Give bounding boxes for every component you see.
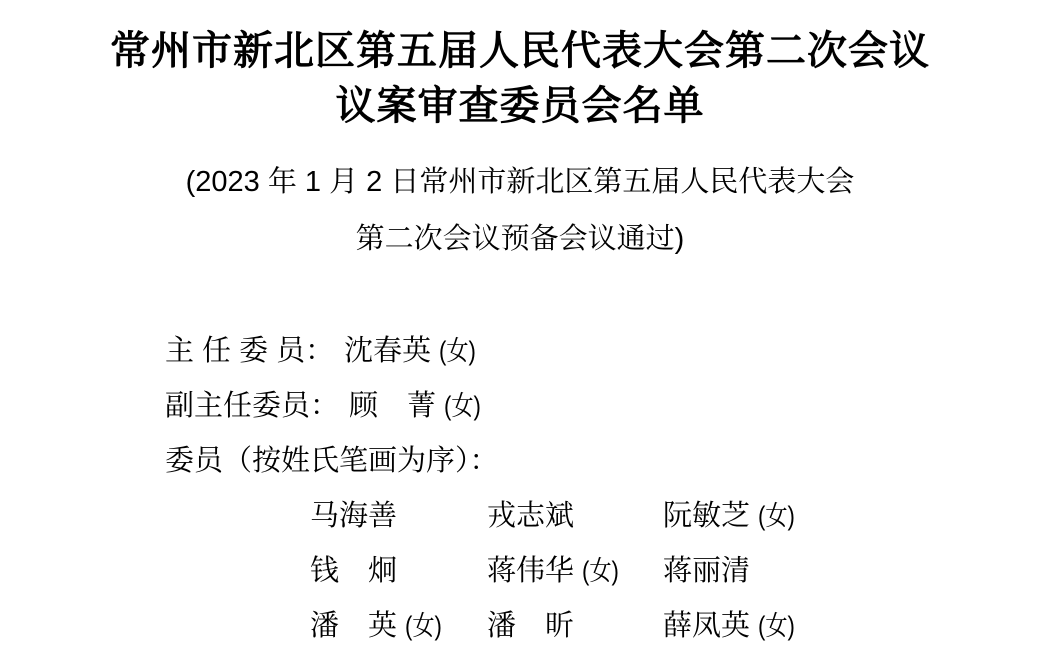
member-cell: 蒋伟华(女) <box>487 544 663 599</box>
member-name: 戎志斌 <box>487 489 574 544</box>
member-cell: 戎志斌 <box>487 489 663 544</box>
page-subtitle-line1: (2023 年 1 月 2 日常州市新北区第五届人民代表大会 <box>0 154 1040 211</box>
chairman-name: 沈春英 <box>344 324 431 379</box>
member-name: 潘 昕 <box>487 599 574 654</box>
member-name: 潘 英 <box>310 599 397 654</box>
chairman-gender-marker: (女) <box>439 324 476 379</box>
member-cell: 钱 炯 <box>310 544 487 599</box>
member-cell: 潘 英(女) <box>310 599 487 654</box>
member-name: 蒋丽清 <box>663 544 750 599</box>
member-gender-marker: (女) <box>758 489 795 544</box>
member-cell: 阮敏芝(女) <box>663 489 1040 544</box>
vice-chairman-row: 副主任委员：顾 菁(女) <box>165 379 1040 434</box>
member-name: 马海善 <box>310 489 397 544</box>
member-cell: 薛凤英(女) <box>663 599 1040 654</box>
vice-chairman-role-label: 副主任委员： <box>165 379 339 434</box>
member-name: 钱 炯 <box>310 544 397 599</box>
member-cell: 马海善 <box>310 489 487 544</box>
page-title-line1: 常州市新北区第五届人民代表大会第二次会议 <box>0 24 1040 79</box>
member-cell: 蒋丽清 <box>663 544 1040 599</box>
page-title-line2: 议案审查委员会名单 <box>0 79 1040 134</box>
member-gender-marker: (女) <box>582 544 619 599</box>
chairman-row: 主 任 委 员：沈春英(女) <box>165 324 1040 379</box>
page-subtitle: (2023 年 1 月 2 日常州市新北区第五届人民代表大会 第二次会议预备会议… <box>0 154 1040 268</box>
member-grid: 马海善 戎志斌 阮敏芝(女) 钱 炯 蒋伟华(女) 蒋丽清 潘 英(女) 潘 昕… <box>310 489 1040 654</box>
vice-chairman-name: 顾 菁 <box>349 379 436 434</box>
committee-list: 主 任 委 员：沈春英(女) 副主任委员：顾 菁(女) 委员（按姓氏笔画为序）：… <box>165 324 1040 654</box>
page-title: 常州市新北区第五届人民代表大会第二次会议 议案审查委员会名单 <box>0 0 1040 134</box>
vice-chairman-gender-marker: (女) <box>444 379 481 434</box>
members-heading: 委员（按姓氏笔画为序）： <box>165 434 1040 489</box>
member-name: 阮敏芝 <box>663 489 750 544</box>
member-name: 蒋伟华 <box>487 544 574 599</box>
member-name: 薛凤英 <box>663 599 750 654</box>
member-gender-marker: (女) <box>405 599 442 654</box>
document-page: 常州市新北区第五届人民代表大会第二次会议 议案审查委员会名单 (2023 年 1… <box>0 0 1040 664</box>
member-cell: 潘 昕 <box>487 599 663 654</box>
page-subtitle-line2: 第二次会议预备会议通过) <box>0 211 1040 268</box>
chairman-role-label: 主 任 委 员： <box>165 324 334 379</box>
member-gender-marker: (女) <box>758 599 795 654</box>
